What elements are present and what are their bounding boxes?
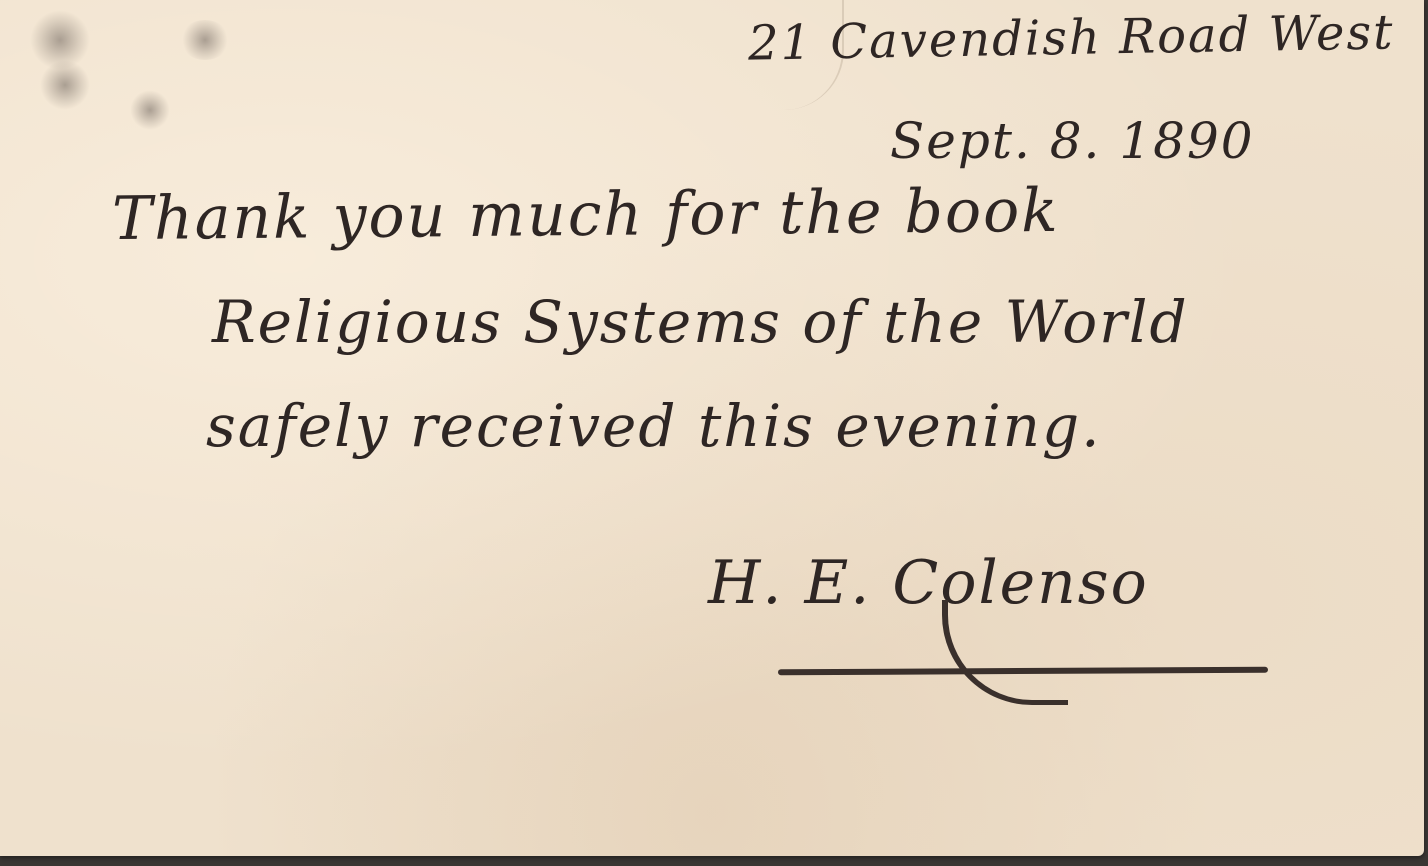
postcard: 21 Cavendish Road West Sept. 8. 1890 Tha…	[0, 0, 1424, 856]
body-line: Thank you much for the book	[112, 176, 1060, 254]
signature: H. E. Colenso	[708, 548, 1149, 618]
postmark-smudge	[180, 20, 230, 60]
body-line: Religious Systems of the World	[212, 288, 1189, 356]
postmark-smudge	[40, 60, 90, 110]
postmark-smudge	[130, 90, 170, 130]
sender-address: 21 Cavendish Road West	[748, 4, 1395, 71]
signature-flourish	[942, 600, 1068, 705]
signature-underline	[778, 667, 1268, 676]
body-line: safely received this evening.	[206, 392, 1102, 460]
letter-date: Sept. 8. 1890	[890, 112, 1255, 170]
